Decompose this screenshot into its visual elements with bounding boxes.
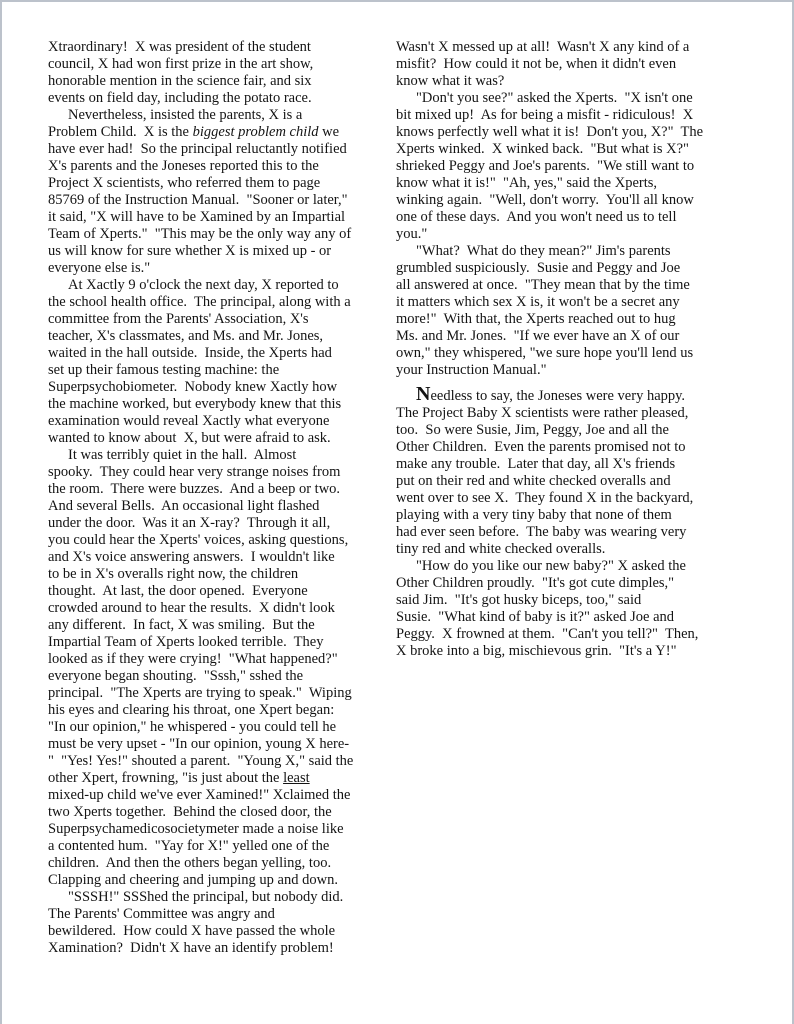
paragraph: "SSSH!" SSShed the principal, but nobody… bbox=[48, 889, 396, 957]
paragraph: At Xactly 9 o'clock the next day, X repo… bbox=[48, 277, 396, 447]
text-column-right: Wasn't X messed up at all! Wasn't X any … bbox=[396, 39, 768, 1024]
paragraph: "Don't you see?" asked the Xperts. "X is… bbox=[396, 90, 768, 243]
document-page: Xtraordinary! X was president of the stu… bbox=[0, 0, 794, 1024]
drop-cap: N bbox=[416, 383, 430, 405]
paragraph-text: eedless to say, the Joneses were very ha… bbox=[396, 388, 693, 557]
text-column-left: Xtraordinary! X was president of the stu… bbox=[48, 39, 396, 1024]
paragraph: Wasn't X messed up at all! Wasn't X any … bbox=[396, 39, 768, 90]
paragraph: Nevertheless, insisted the parents, X is… bbox=[48, 107, 396, 277]
paragraph: Xtraordinary! X was president of the stu… bbox=[48, 39, 396, 107]
paragraph: "What? What do they mean?" Jim's parents… bbox=[396, 243, 768, 379]
paragraph: It was terribly quiet in the hall. Almos… bbox=[48, 447, 396, 889]
paragraph: Needless to say, the Joneses were very h… bbox=[396, 386, 768, 558]
paragraph: "How do you like our new baby?" X asked … bbox=[396, 558, 768, 660]
